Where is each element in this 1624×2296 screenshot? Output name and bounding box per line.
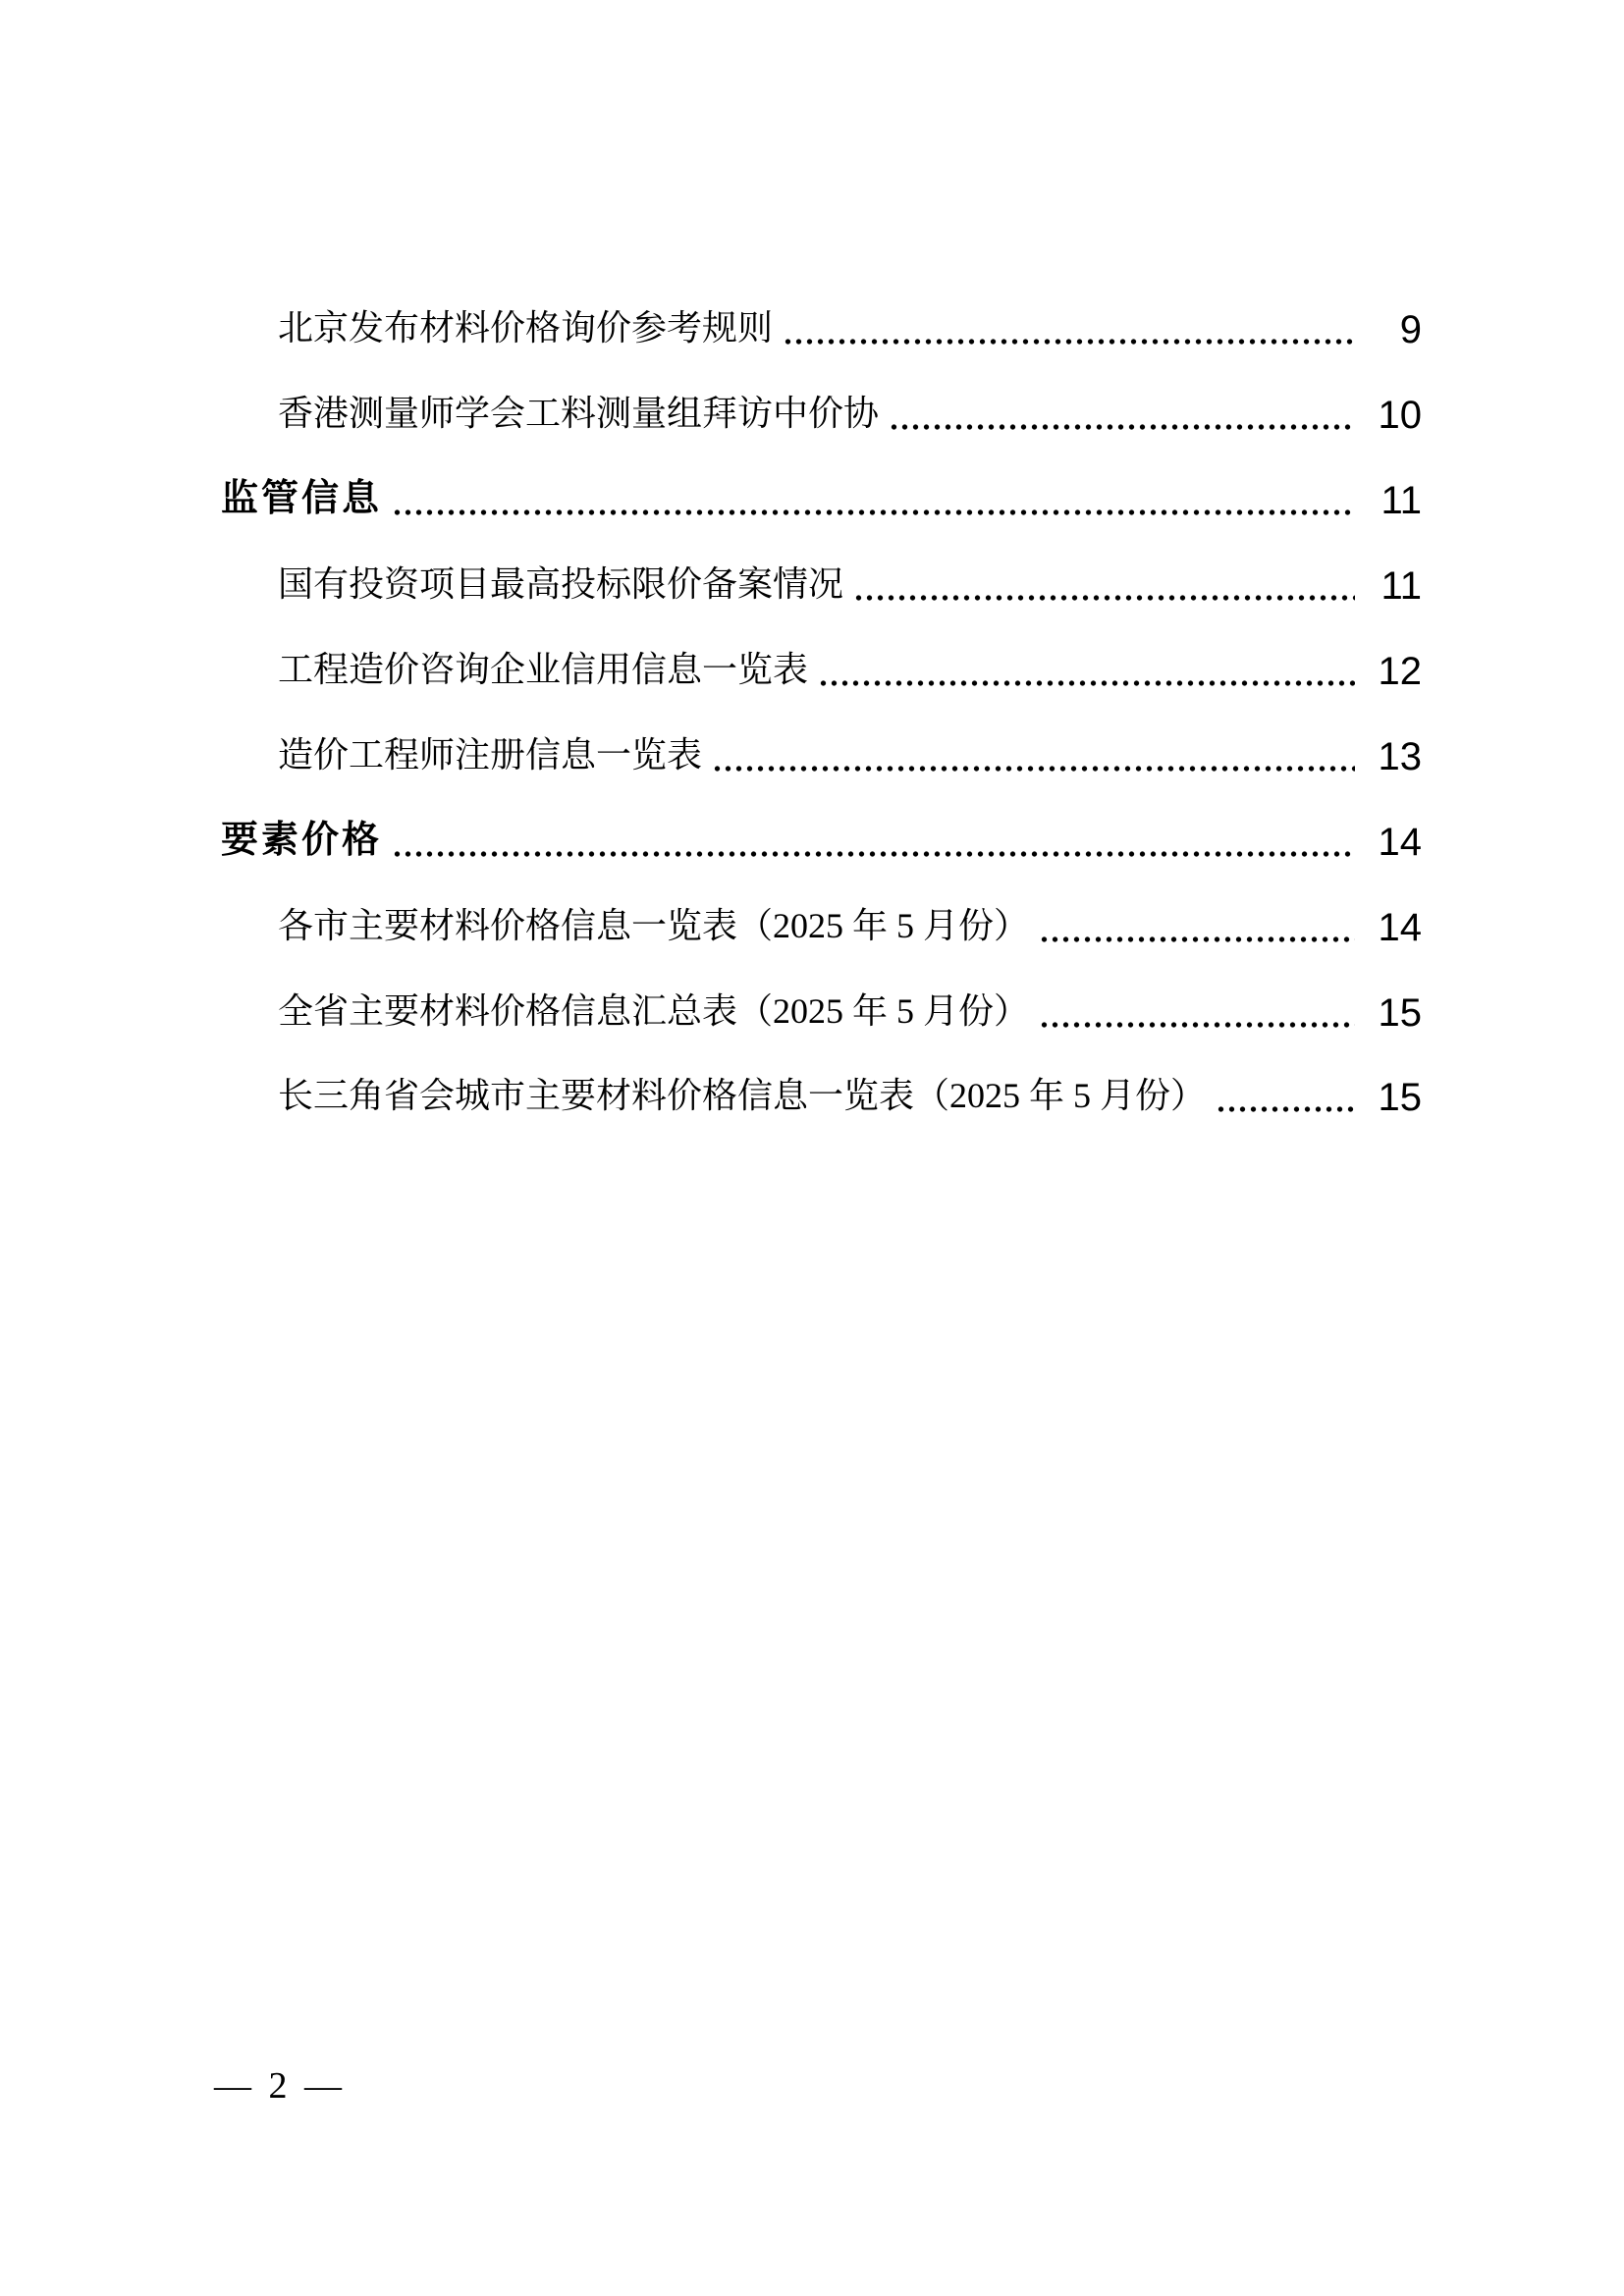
toc-entry[interactable]: 工程造价咨询企业信用信息一览表 12 bbox=[221, 627, 1422, 713]
toc-entry-page: 15 bbox=[1369, 993, 1422, 1033]
toc-entry-title: 香港测量师学会工料测量组拜访中价协 bbox=[278, 396, 879, 431]
dot-leader bbox=[712, 766, 1355, 772]
dot-leader bbox=[783, 339, 1355, 345]
dot-leader bbox=[818, 680, 1355, 686]
toc-entry-page: 14 bbox=[1369, 908, 1422, 947]
toc-entry-title: 国有投资项目最高投标限价备案情况 bbox=[278, 566, 843, 602]
toc-entry[interactable]: 造价工程师注册信息一览表 13 bbox=[221, 712, 1422, 797]
dot-leader bbox=[889, 424, 1355, 430]
toc-section-entry[interactable]: 监管信息 11 bbox=[221, 456, 1422, 542]
dot-leader bbox=[1039, 1022, 1355, 1028]
toc-entry[interactable]: 长三角省会城市主要材料价格信息一览表（2025 年 5 月份） 15 bbox=[221, 1053, 1422, 1139]
toc-entry[interactable]: 香港测量师学会工料测量组拜访中价协 10 bbox=[221, 371, 1422, 456]
dot-leader bbox=[392, 851, 1355, 857]
toc-entry[interactable]: 各市主要材料价格信息一览表（2025 年 5 月份） 14 bbox=[221, 882, 1422, 968]
toc-entry-page: 10 bbox=[1369, 396, 1422, 435]
table-of-contents: 北京发布材料价格询价参考规则 9 香港测量师学会工料测量组拜访中价协 10 监管… bbox=[221, 286, 1422, 1139]
toc-entry-page: 14 bbox=[1369, 823, 1422, 862]
dot-leader bbox=[853, 595, 1355, 601]
toc-entry-page: 12 bbox=[1369, 652, 1422, 691]
page-number-footer: — 2 — bbox=[214, 2064, 346, 2108]
toc-entry-title: 北京发布材料价格询价参考规则 bbox=[278, 310, 773, 346]
toc-entry[interactable]: 北京发布材料价格询价参考规则 9 bbox=[221, 286, 1422, 371]
toc-entry-title: 长三角省会城市主要材料价格信息一览表（2025 年 5 月份） bbox=[278, 1078, 1206, 1113]
toc-section-entry[interactable]: 要素价格 14 bbox=[221, 797, 1422, 882]
toc-entry[interactable]: 全省主要材料价格信息汇总表（2025 年 5 月份） 15 bbox=[221, 968, 1422, 1053]
dot-leader bbox=[392, 509, 1355, 515]
toc-entry-title: 要素价格 bbox=[221, 822, 382, 859]
toc-entry-title: 工程造价咨询企业信用信息一览表 bbox=[278, 652, 808, 687]
toc-entry[interactable]: 国有投资项目最高投标限价备案情况 11 bbox=[221, 542, 1422, 627]
toc-entry-title: 全省主要材料价格信息汇总表（2025 年 5 月份） bbox=[278, 993, 1029, 1029]
toc-entry-title: 各市主要材料价格信息一览表（2025 年 5 月份） bbox=[278, 908, 1029, 943]
dot-leader bbox=[1039, 936, 1355, 942]
toc-entry-page: 13 bbox=[1369, 737, 1422, 776]
toc-entry-page: 11 bbox=[1369, 481, 1422, 520]
toc-entry-title: 造价工程师注册信息一览表 bbox=[278, 737, 702, 773]
toc-entry-page: 9 bbox=[1369, 310, 1422, 349]
toc-entry-page: 15 bbox=[1369, 1078, 1422, 1117]
dot-leader bbox=[1216, 1106, 1355, 1112]
toc-entry-title: 监管信息 bbox=[221, 480, 382, 517]
toc-entry-page: 11 bbox=[1369, 566, 1422, 606]
document-page: 北京发布材料价格询价参考规则 9 香港测量师学会工料测量组拜访中价协 10 监管… bbox=[0, 0, 1624, 2296]
